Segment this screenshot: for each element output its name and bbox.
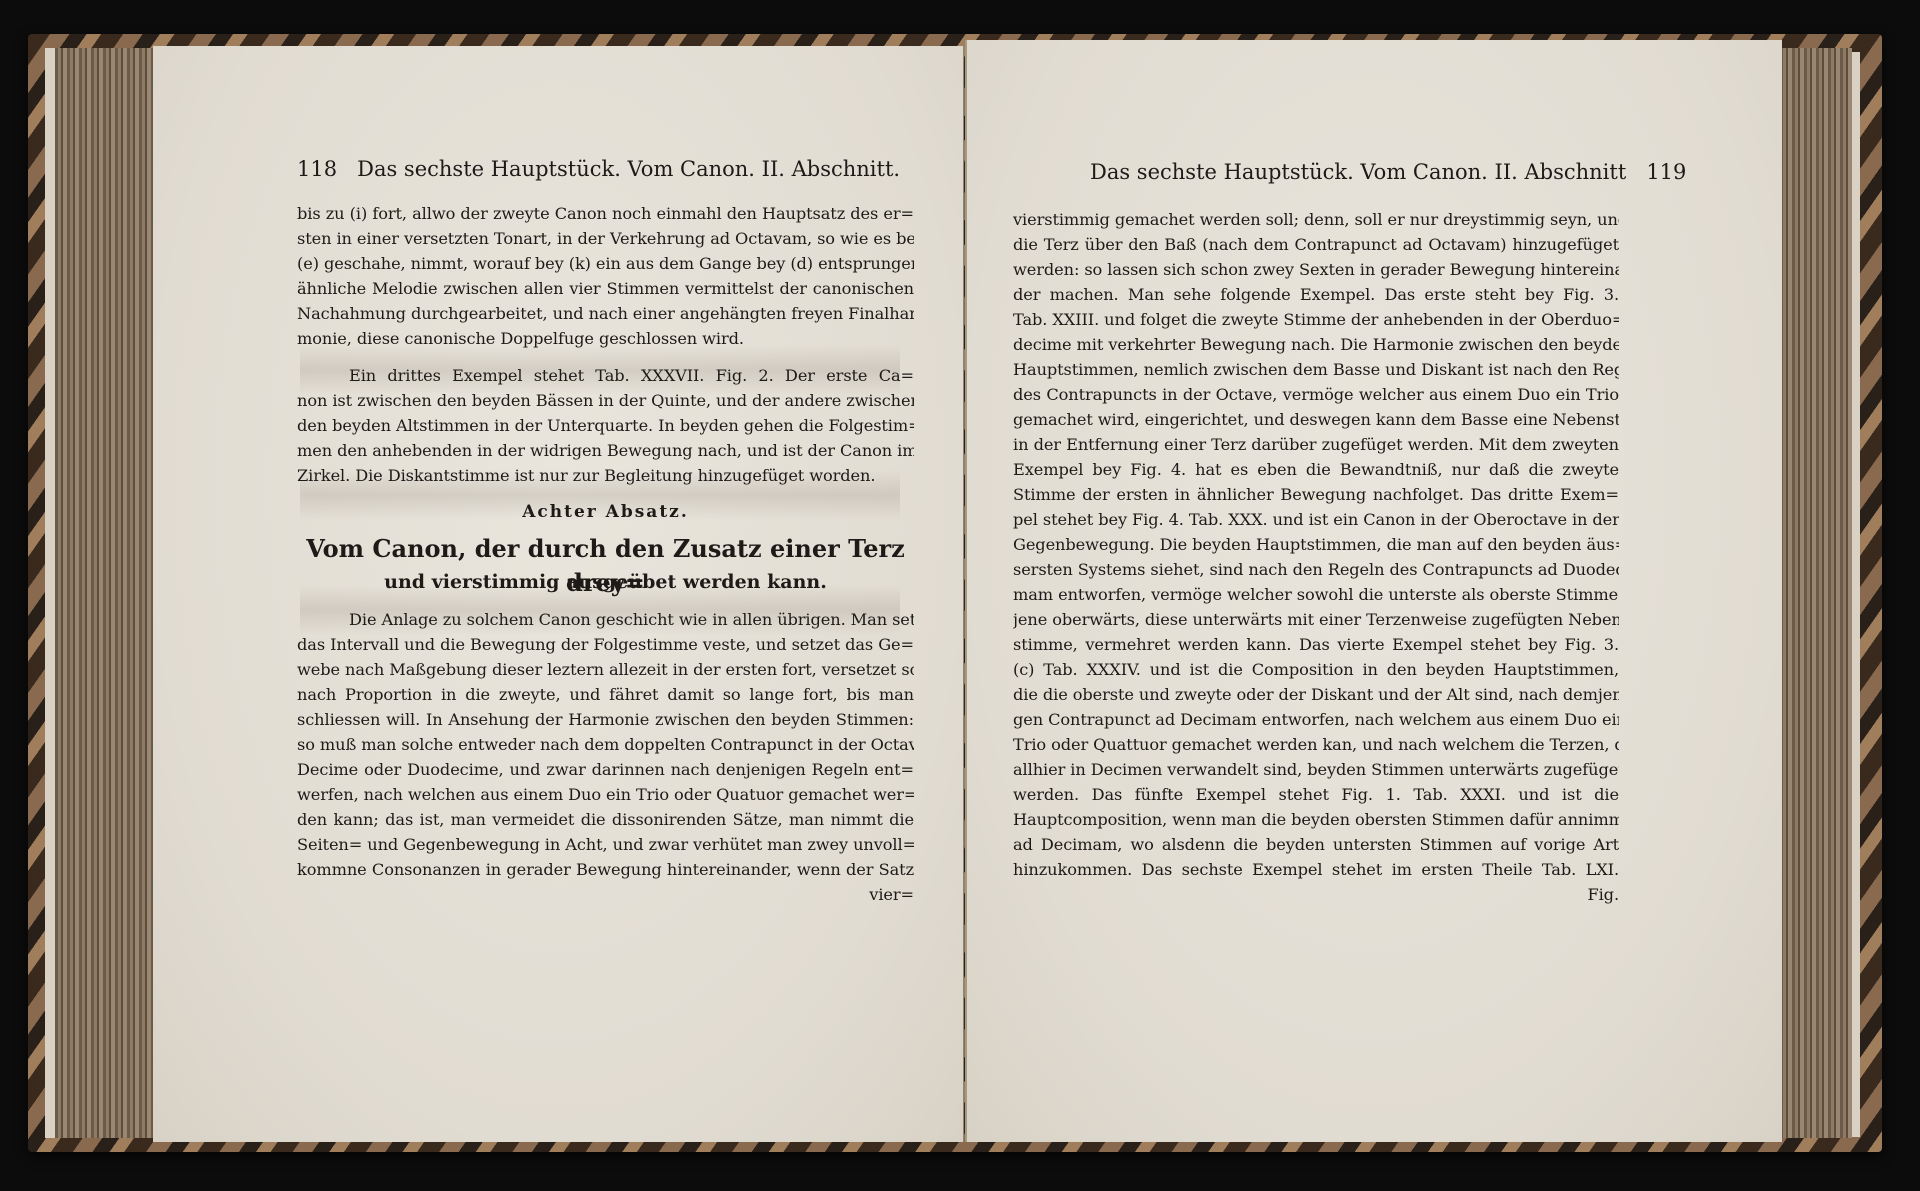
section-title-continued: und vierstimmig ausgeübet werden kann. [297, 567, 914, 597]
text-line: des Contrapuncts in der Octave, vermöge … [1013, 382, 1619, 407]
text-line: den kann; das ist, man vermeidet die dis… [297, 807, 914, 832]
text-line: Hauptstimmen, nemlich zwischen dem Basse… [1013, 357, 1619, 382]
text-line: sten in einer versetzten Tonart, in der … [297, 226, 914, 251]
right-paragraph-1: vierstimmig gemachet werden soll; denn, … [1013, 207, 1619, 907]
text-line: stimme, vermehret werden kann. Das viert… [1013, 632, 1619, 657]
text-line: Seiten= und Gegenbewegung in Acht, und z… [297, 832, 914, 857]
text-line: werden. Das fünfte Exempel stehet Fig. 1… [1013, 782, 1619, 807]
text-line: Zirkel. Die Diskantstimme ist nur zur Be… [297, 463, 914, 488]
text-line: Die Anlage zu solchem Canon geschicht wi… [297, 607, 914, 632]
text-line: die Terz über den Baß (nach dem Contrapu… [1013, 232, 1619, 257]
catchword: vier= [297, 882, 914, 907]
text-line: werfen, nach welchen aus einem Duo ein T… [297, 782, 914, 807]
catchword: Fig. [1013, 882, 1619, 907]
text-line: die die oberste und zweyte oder der Disk… [1013, 682, 1619, 707]
text-line: kommne Consonanzen in gerader Bewegung h… [297, 857, 914, 882]
text-line: jene oberwärts, diese unterwärts mit ein… [1013, 607, 1619, 632]
left-paragraph-1: bis zu (i) fort, allwo der zweyte Canon … [297, 201, 914, 351]
text-line: Trio oder Quattuor gemachet werden kan, … [1013, 732, 1619, 757]
text-line: hinzukommen. Das sechste Exempel stehet … [1013, 857, 1619, 882]
text-line: so muß man solche entweder nach dem dopp… [297, 732, 914, 757]
text-line: Stimme der ersten in ähnlicher Bewegung … [1013, 482, 1619, 507]
left-page-number: 118 [297, 157, 337, 181]
text-line: Exempel bey Fig. 4. hat es eben die Bewa… [1013, 457, 1619, 482]
left-page-stack [55, 48, 153, 1138]
text-line: Tab. XXIII. und folget die zweyte Stimme… [1013, 307, 1619, 332]
text-line: ad Decimam, wo alsdenn die beyden unters… [1013, 832, 1619, 857]
text-line: Ein drittes Exempel stehet Tab. XXXVII. … [297, 363, 914, 388]
right-page-stack [1780, 48, 1852, 1138]
text-line: sersten Systems siehet, sind nach den Re… [1013, 557, 1619, 582]
text-line: Gegenbewegung. Die beyden Hauptstimmen, … [1013, 532, 1619, 557]
text-line: gen Contrapunct ad Decimam entworfen, na… [1013, 707, 1619, 732]
text-line: vierstimmig gemachet werden soll; denn, … [1013, 207, 1619, 232]
text-line: nach Proportion in die zweyte, und fähre… [297, 682, 914, 707]
text-line: (c) Tab. XXXIV. und ist die Composition … [1013, 657, 1619, 682]
text-line: allhier in Decimen verwandelt sind, beyd… [1013, 757, 1619, 782]
text-line: gemachet wird, eingerichtet, und deswege… [1013, 407, 1619, 432]
text-line: den beyden Altstimmen in der Unterquarte… [297, 413, 914, 438]
left-paragraph-2: Ein drittes Exempel stehet Tab. XXXVII. … [297, 363, 914, 488]
text-line: decime mit verkehrter Bewegung nach. Die… [1013, 332, 1619, 357]
text-line: webe nach Maßgebung dieser leztern allez… [297, 657, 914, 682]
text-line: pel stehet bey Fig. 4. Tab. XXX. und ist… [1013, 507, 1619, 532]
text-line: Decime oder Duodecime, und zwar darinnen… [297, 757, 914, 782]
text-line: Hauptcomposition, wenn man die beyden ob… [1013, 807, 1619, 832]
text-line: Nachahmung durchgearbeitet, und nach ein… [297, 301, 914, 326]
right-running-head: Das sechste Hauptstück. Vom Canon. II. A… [1090, 160, 1686, 184]
text-line: das Intervall und die Bewegung der Folge… [297, 632, 914, 657]
section-label: Achter Absatz. [297, 502, 914, 522]
right-page-number: 119 [1646, 160, 1686, 184]
text-line: schliessen will. In Ansehung der Harmoni… [297, 707, 914, 732]
text-line: monie, diese canonische Doppelfuge gesch… [297, 326, 914, 351]
right-running-head-text: Das sechste Hauptstück. Vom Canon. II. A… [1090, 160, 1626, 184]
text-line: ähnliche Melodie zwischen allen vier Sti… [297, 276, 914, 301]
text-line: der machen. Man sehe folgende Exempel. D… [1013, 282, 1619, 307]
text-line: non ist zwischen den beyden Bässen in de… [297, 388, 914, 413]
text-line: mam entworfen, vermöge welcher sowohl di… [1013, 582, 1619, 607]
text-line: bis zu (i) fort, allwo der zweyte Canon … [297, 201, 914, 226]
left-running-head-text: Das sechste Hauptstück. Vom Canon. II. A… [357, 157, 900, 181]
text-line: in der Entfernung einer Terz darüber zug… [1013, 432, 1619, 457]
text-line: (e) geschahe, nimmt, worauf bey (k) ein … [297, 251, 914, 276]
text-line: men den anhebenden in der widrigen Beweg… [297, 438, 914, 463]
text-line: werden: so lassen sich schon zwey Sexten… [1013, 257, 1619, 282]
left-running-head: 118 Das sechste Hauptstück. Vom Canon. I… [297, 157, 900, 181]
left-paragraph-3: Die Anlage zu solchem Canon geschicht wi… [297, 607, 914, 907]
